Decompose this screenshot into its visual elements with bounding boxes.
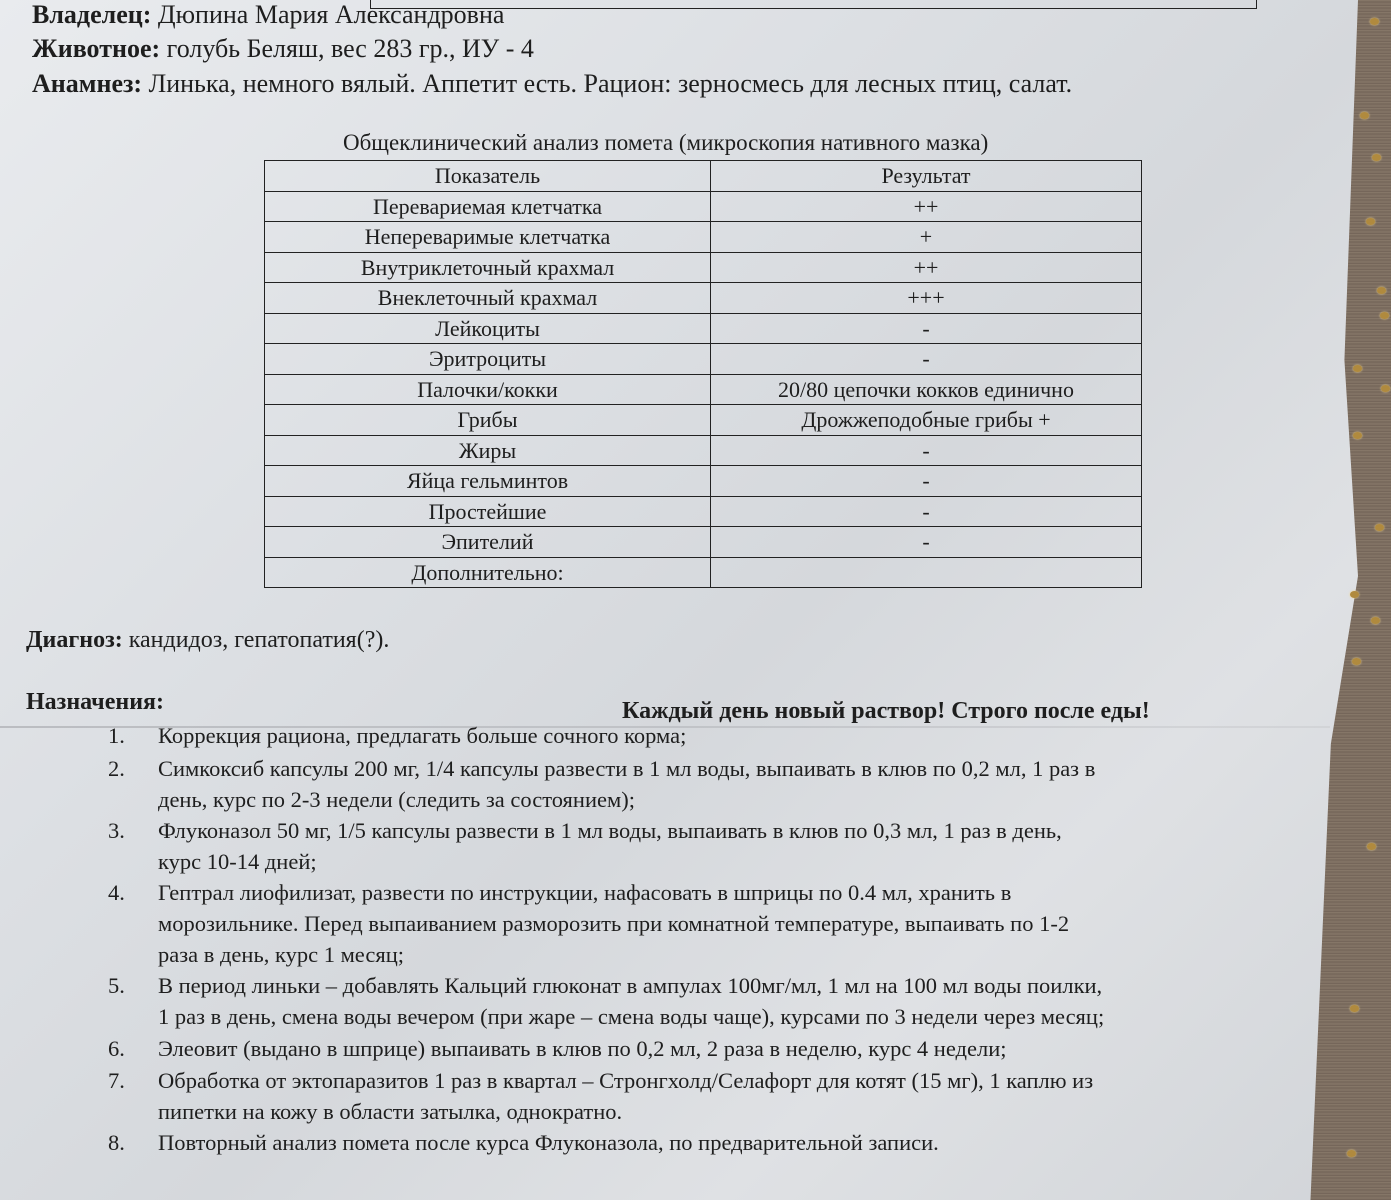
glitter-decoration xyxy=(1366,218,1375,225)
anamnesis-value: Линька, немного вялый. Аппетит есть. Рац… xyxy=(149,69,1073,98)
table-row: Простейшие- xyxy=(265,496,1142,527)
result-cell: - xyxy=(711,466,1142,497)
glitter-decoration xyxy=(1371,617,1380,624)
indicator-cell: Внеклеточный крахмал xyxy=(265,283,711,314)
prescription-number: 6. xyxy=(108,1033,138,1064)
result-cell: ++ xyxy=(711,252,1142,283)
prescription-text-line: морозильнике. Перед выпаиванием размороз… xyxy=(158,908,1069,939)
animal-value: голубь Беляш, вес 283 гр., ИУ - 4 xyxy=(167,34,534,63)
owner-line: Владелец: Дюпина Мария Александровна xyxy=(32,0,504,30)
indicator-cell: Эритроциты xyxy=(265,344,711,375)
prescription-number: 3. xyxy=(108,815,138,846)
result-cell: - xyxy=(711,496,1142,527)
table-row: Перевариемая клетчатка++ xyxy=(265,191,1142,222)
table-row: Внеклеточный крахмал+++ xyxy=(265,283,1142,314)
glitter-decoration xyxy=(1381,385,1390,392)
column-header-result: Результат xyxy=(711,161,1142,192)
glitter-decoration xyxy=(1350,1005,1359,1012)
prescription-text-line: Коррекция рациона, предлагать больше соч… xyxy=(158,720,686,751)
prescriptions-label: Назначения: xyxy=(26,689,164,715)
prescription-text-line: Флуконазол 50 мг, 1/5 капсулы развести в… xyxy=(158,815,1062,846)
glitter-decoration xyxy=(1352,658,1361,665)
prescriptions-heading: Назначения: xyxy=(26,689,164,716)
prescription-text-line: раза в день, курс 1 месяц; xyxy=(158,939,404,970)
result-cell: 20/80 цепочки кокков единично xyxy=(711,374,1142,405)
indicator-cell: Простейшие xyxy=(265,496,711,527)
prescription-text-line: 1 раз в день, смена воды вечером (при жа… xyxy=(158,1001,1104,1032)
glitter-decoration xyxy=(1353,365,1362,372)
prescription-number: 5. xyxy=(108,970,138,1001)
table-row: Дополнительно: xyxy=(265,557,1142,588)
anamnesis-line: Анамнез: Линька, немного вялый. Аппетит … xyxy=(32,69,1072,99)
table-row: Эритроциты- xyxy=(265,344,1142,375)
prescription-number: 1. xyxy=(108,720,138,751)
result-cell xyxy=(711,557,1142,588)
prescriptions-notice: Каждый день новый раствор! Строго после … xyxy=(622,698,1150,725)
prescription-number: 8. xyxy=(108,1127,138,1158)
owner-label: Владелец: xyxy=(32,0,151,29)
prescription-text-line: день, курс по 2-3 недели (следить за сос… xyxy=(158,784,635,815)
glitter-decoration xyxy=(1372,154,1381,161)
prescription-text-line: Повторный анализ помета после курса Флук… xyxy=(158,1127,939,1158)
glitter-decoration xyxy=(1375,524,1384,531)
table-row: Жиры- xyxy=(265,435,1142,466)
indicator-cell: Внутриклеточный крахмал xyxy=(265,252,711,283)
glitter-decoration xyxy=(1350,591,1359,598)
prescription-text-line: Симкоксиб капсулы 200 мг, 1/4 капсулы ра… xyxy=(158,753,1095,784)
anamnesis-label: Анамнез: xyxy=(32,69,142,98)
column-header-indicator: Показатель xyxy=(265,161,711,192)
glitter-decoration xyxy=(1360,112,1369,119)
result-cell: - xyxy=(711,527,1142,558)
result-cell: +++ xyxy=(711,283,1142,314)
result-cell: Дрожжеподобные грибы + xyxy=(711,405,1142,436)
glitter-decoration xyxy=(1367,843,1376,850)
animal-label: Животное: xyxy=(32,34,160,63)
indicator-cell: Грибы xyxy=(265,405,711,436)
table-row: Яйца гельминтов- xyxy=(265,466,1142,497)
glitter-decoration xyxy=(1380,312,1389,319)
analysis-title: Общеклинический анализ помета (микроскоп… xyxy=(343,130,988,156)
indicator-cell: Яйца гельминтов xyxy=(265,466,711,497)
prescription-text-line: Элеовит (выдано в шприце) выпаивать в кл… xyxy=(158,1033,1007,1064)
table-row: Внутриклеточный крахмал++ xyxy=(265,252,1142,283)
prescription-text-line: Гептрал лиофилизат, развести по инструкц… xyxy=(158,877,1011,908)
indicator-cell: Перевариемая клетчатка xyxy=(265,191,711,222)
diagnosis-label: Диагноз: xyxy=(26,627,123,653)
animal-line: Животное: голубь Беляш, вес 283 гр., ИУ … xyxy=(32,34,534,64)
result-cell: - xyxy=(711,313,1142,344)
indicator-cell: Палочки/кокки xyxy=(265,374,711,405)
indicator-cell: Дополнительно: xyxy=(265,557,711,588)
prescription-number: 2. xyxy=(108,753,138,784)
table-row: Непереваримые клетчатка+ xyxy=(265,222,1142,253)
result-cell: ++ xyxy=(711,191,1142,222)
indicator-cell: Эпителий xyxy=(265,527,711,558)
prescription-number: 7. xyxy=(108,1065,138,1096)
glitter-decoration xyxy=(1377,287,1386,294)
glitter-decoration xyxy=(1370,18,1379,25)
table-row: Эпителий- xyxy=(265,527,1142,558)
prescription-text-line: Обработка от эктопаразитов 1 раз в кварт… xyxy=(158,1065,1093,1096)
prescription-text-line: В период линьки – добавлять Кальций глюк… xyxy=(158,970,1102,1001)
prescription-text-line: пипетки на кожу в области затылка, однок… xyxy=(158,1096,622,1127)
result-cell: + xyxy=(711,222,1142,253)
indicator-cell: Непереваримые клетчатка xyxy=(265,222,711,253)
glitter-decoration xyxy=(1347,1150,1356,1157)
analysis-table: Показатель Результат Перевариемая клетча… xyxy=(264,160,1142,588)
table-header-row: Показатель Результат xyxy=(265,161,1142,192)
prescription-number: 4. xyxy=(108,877,138,908)
table-row: ГрибыДрожжеподобные грибы + xyxy=(265,405,1142,436)
diagnosis-value: кандидоз, гепатопатия(?). xyxy=(129,627,390,653)
table-row: Палочки/кокки20/80 цепочки кокков единич… xyxy=(265,374,1142,405)
glitter-decoration xyxy=(1353,432,1362,439)
owner-value: Дюпина Мария Александровна xyxy=(158,0,505,29)
result-cell: - xyxy=(711,344,1142,375)
indicator-cell: Жиры xyxy=(265,435,711,466)
table-row: Лейкоциты- xyxy=(265,313,1142,344)
result-cell: - xyxy=(711,435,1142,466)
indicator-cell: Лейкоциты xyxy=(265,313,711,344)
diagnosis-line: Диагноз: кандидоз, гепатопатия(?). xyxy=(26,627,389,654)
prescription-text-line: курс 10-14 дней; xyxy=(158,846,317,877)
